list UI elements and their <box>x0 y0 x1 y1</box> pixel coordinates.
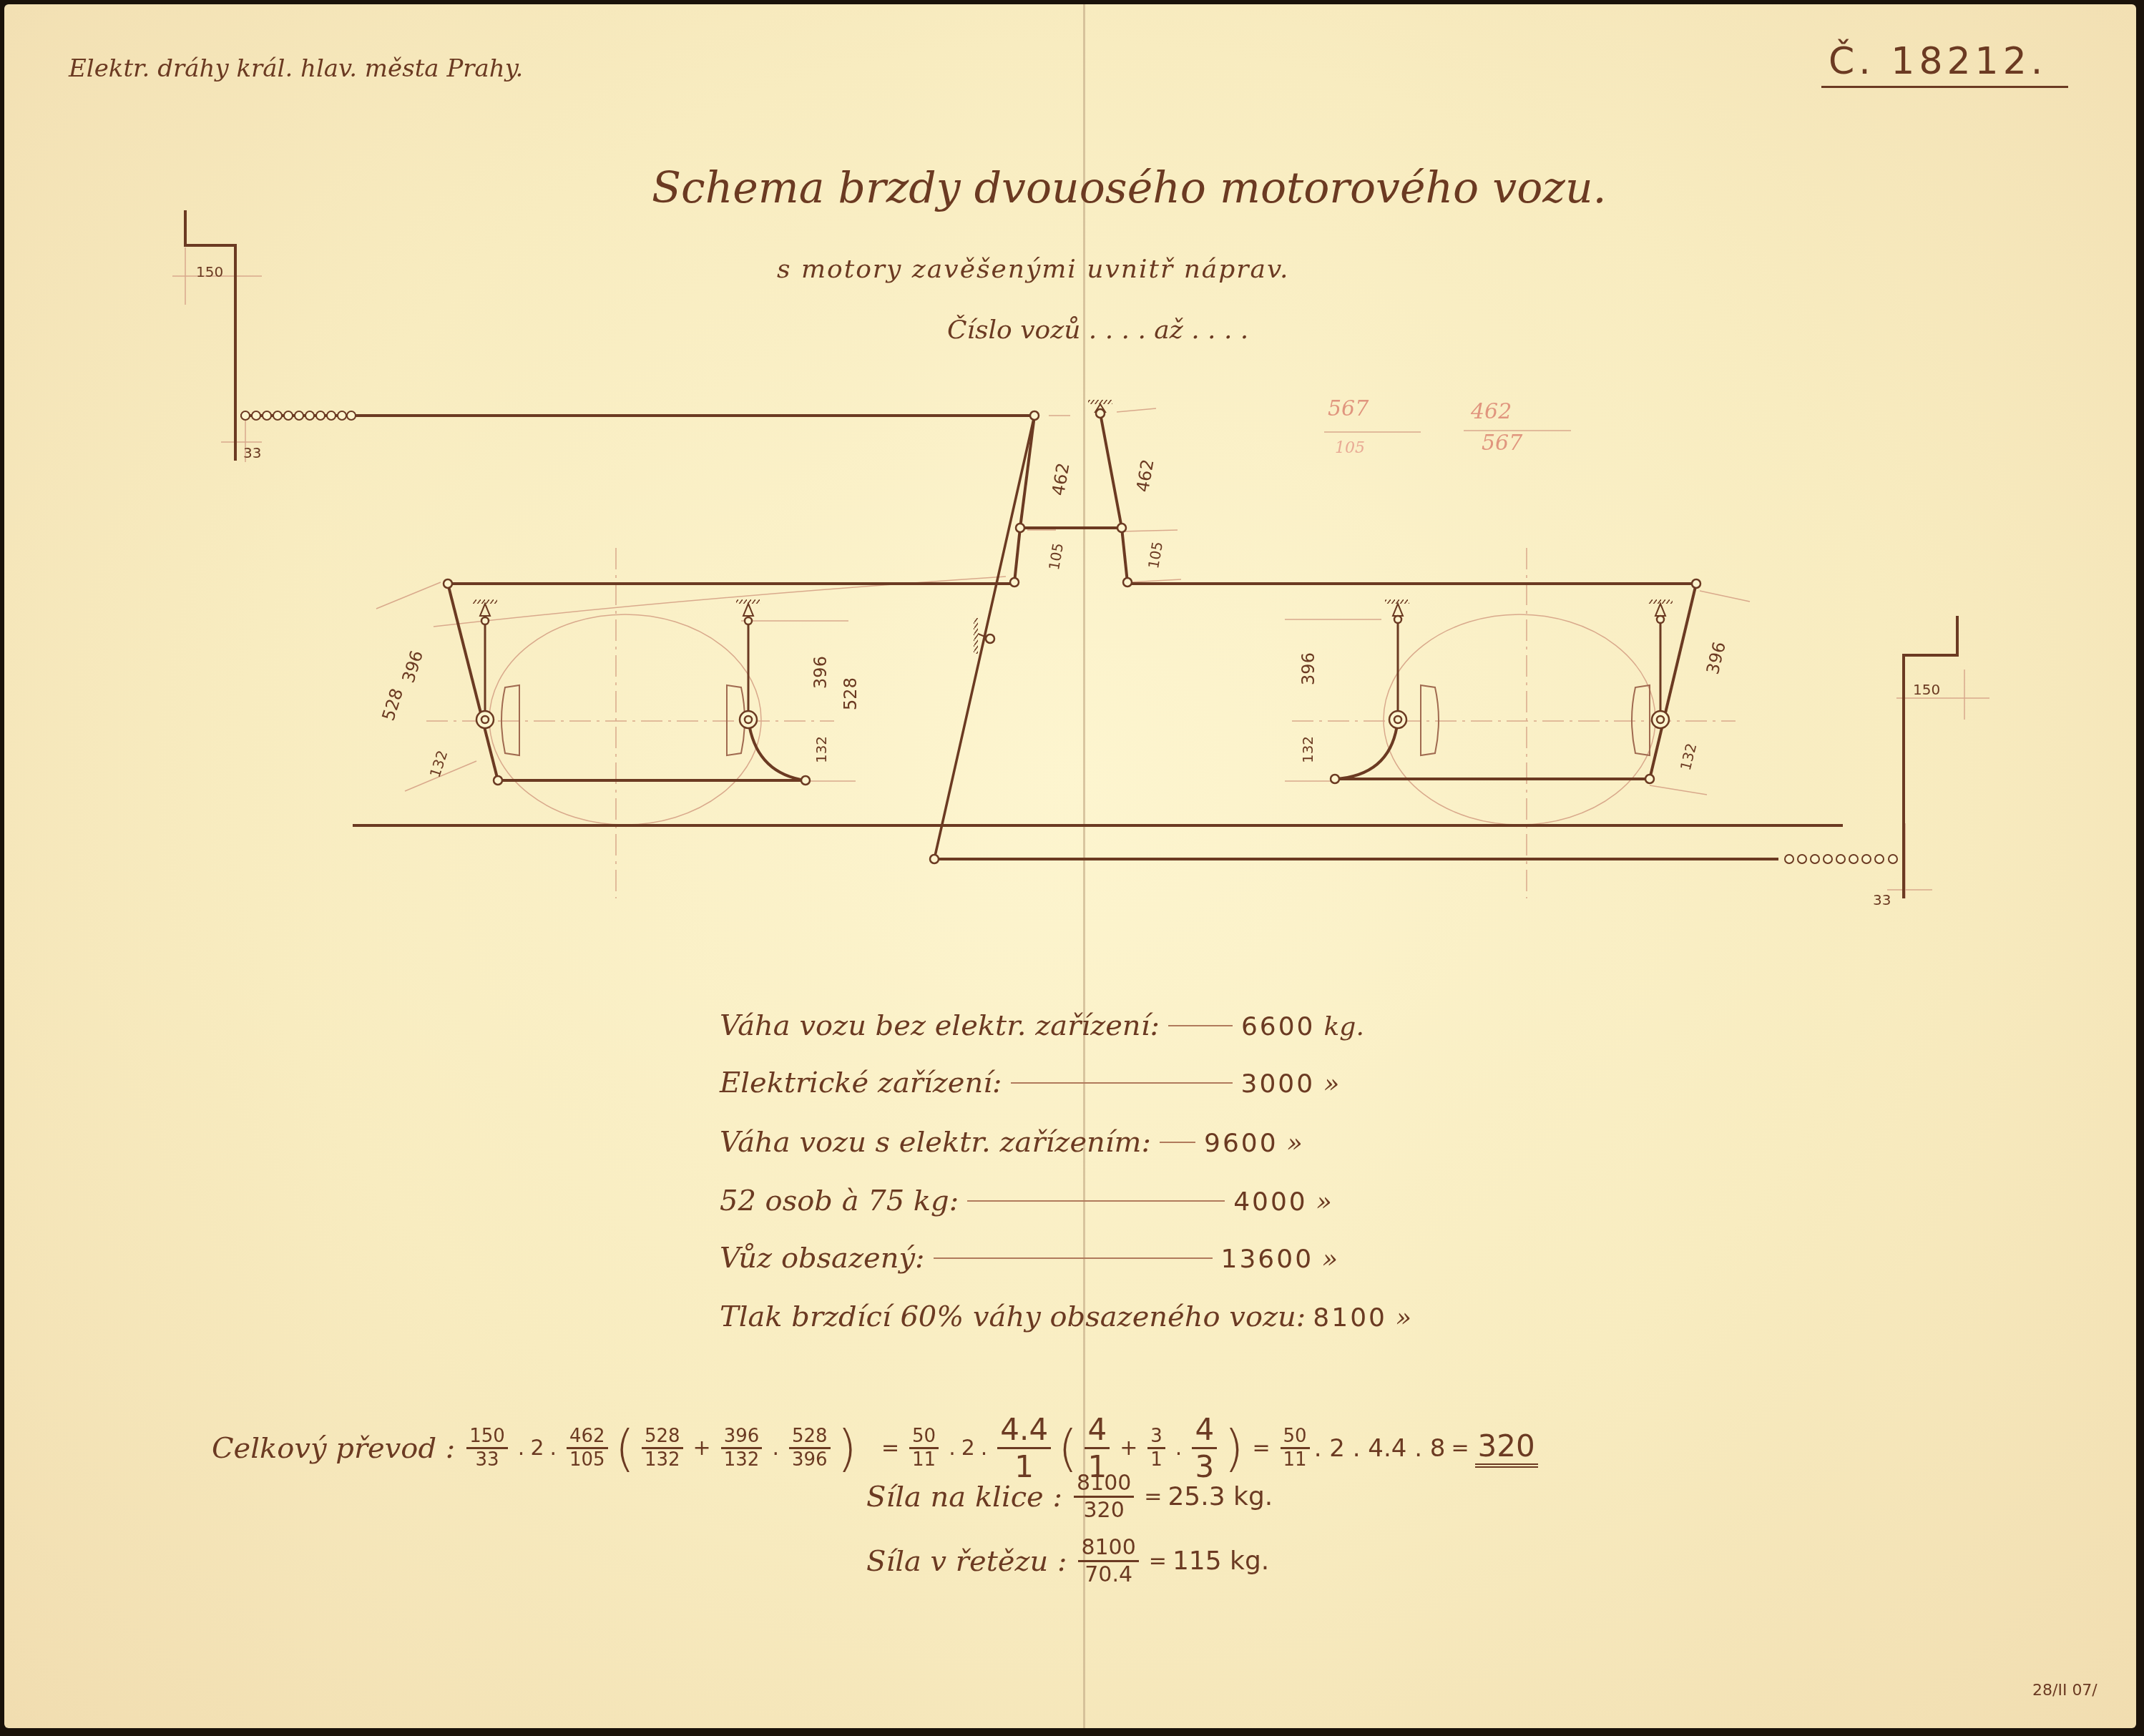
dim-left-inner-total: 528 <box>841 677 861 710</box>
dim-chain-left: 33 <box>243 444 261 461</box>
dim-right-inner-upper: 396 <box>1298 652 1318 685</box>
total-ratio-result: 320 <box>1475 1428 1538 1468</box>
weight-row: Vůz obsazený: 13600» <box>720 1242 1338 1275</box>
main-linkage <box>185 210 1957 898</box>
dim-handle-left: 150 <box>196 263 223 280</box>
dim-left-inner-upper: 396 <box>811 656 831 689</box>
dim-chain-right: 33 <box>1873 891 1891 908</box>
dim-right-inner-lower: 132 <box>1299 736 1316 763</box>
weight-row: 52 osob à 75 kg: 4000» <box>720 1185 1332 1217</box>
chain-force-equation: Síla v řetězu : 810070.4 = 115 kg. <box>866 1535 1269 1587</box>
pivot-points <box>444 409 1700 863</box>
dim-handle-right: 150 <box>1913 681 1940 698</box>
weight-row: Váha vozu s elektr. zařízením: 9600» <box>720 1126 1303 1159</box>
weight-row: Tlak brzdící 60% váhy obsazeného vozu: 8… <box>720 1300 1411 1333</box>
crank-force-equation: Síla na klice : 8100320 = 25.3 kg. <box>866 1471 1273 1523</box>
drawing-sheet: Elektr. dráhy král. hlav. města Prahy. Č… <box>4 4 2136 1728</box>
brake-shoes <box>501 685 1650 755</box>
construction-lines <box>172 247 1989 898</box>
weight-row: Elektrické zařízení: 3000» <box>720 1066 1339 1099</box>
weight-row: Váha vozu bez elektr. zařízení: 6600kg. <box>720 1009 1364 1042</box>
dim-left-inner-lower: 132 <box>813 736 830 763</box>
date-stamp: 28/II 07/ <box>2032 1682 2098 1700</box>
